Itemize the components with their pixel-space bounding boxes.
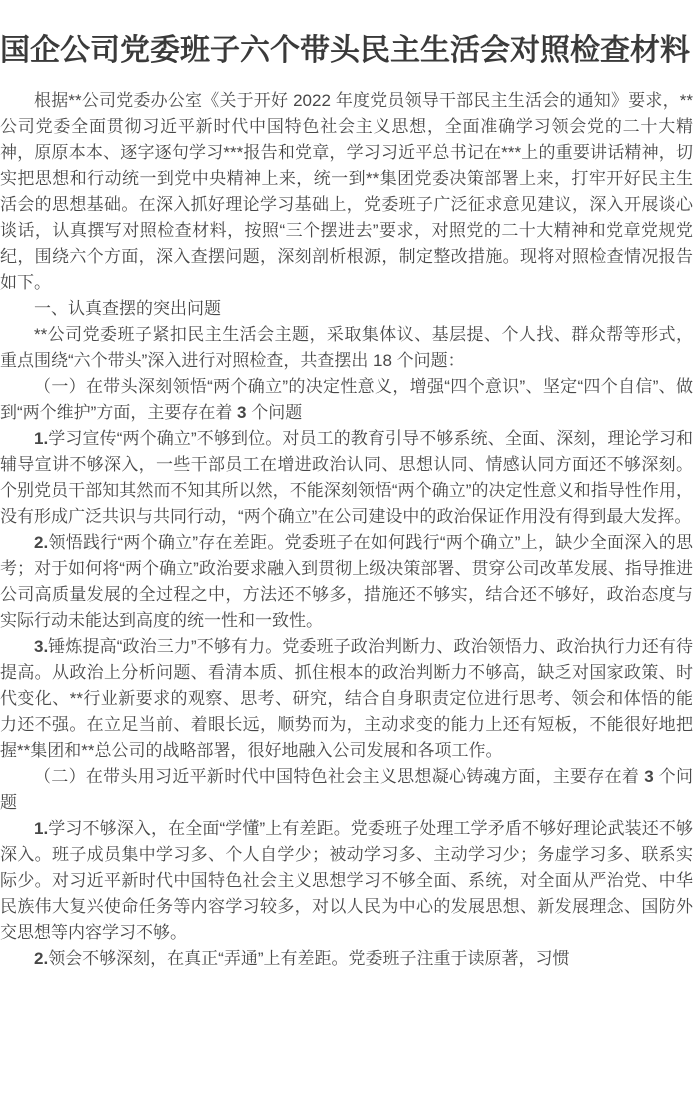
subheading-aspect-1: （一）在带头深刻领悟“两个确立”的决定性意义，增强“四个意识”、坚定“四个自信”… bbox=[0, 374, 693, 426]
overview-paragraph: **公司党委班子紧扣民主生活会主题，采取集体议、基层提、个人找、群众帮等形式，重… bbox=[0, 322, 693, 374]
issue-1-3: 3.锤炼提高“政治三力”不够有力。党委班子政治判断力、政治领悟力、政治执行力还有… bbox=[0, 634, 693, 764]
emphasis-text: 3 bbox=[237, 403, 246, 422]
emphasis-text: 3. bbox=[34, 637, 48, 656]
emphasis-text: 2. bbox=[34, 533, 48, 552]
issue-1-1: 1.学习宣传“两个确立”不够到位。对员工的教育引导不够系统、全面、深刻，理论学习… bbox=[0, 426, 693, 530]
emphasis-text: 2. bbox=[34, 949, 48, 968]
emphasis-text: 1. bbox=[34, 819, 48, 838]
document-title: 国企公司党委班子六个带头民主生活会对照检查材料 bbox=[0, 30, 693, 72]
intro-paragraph: 根据**公司党委办公室《关于开好 2022 年度党员领导干部民主生活会的通知》要… bbox=[0, 88, 693, 296]
subheading-aspect-2: （二）在带头用习近平新时代中国特色社会主义思想凝心铸魂方面，主要存在着 3 个问… bbox=[0, 764, 693, 816]
emphasis-text: 1. bbox=[34, 429, 48, 448]
issue-1-2: 2.领悟践行“两个确立”存在差距。党委班子在如何践行“两个确立”上，缺少全面深入… bbox=[0, 530, 693, 634]
body-text: 领会不够深刻，在真正“弄通”上有差距。党委班子注重于读原著，习惯 bbox=[48, 949, 569, 968]
body-text: （二）在带头用习近平新时代中国特色社会主义思想凝心铸魂方面，主要存在着 bbox=[34, 767, 644, 786]
body-text: 一、认真查摆的突出问题 bbox=[34, 299, 221, 318]
issue-2-1: 1.学习不够深入，在全面“学懂”上有差距。党委班子处理工学矛盾不够好理论武装还不… bbox=[0, 816, 693, 946]
issue-2-2: 2.领会不够深刻，在真正“弄通”上有差距。党委班子注重于读原著，习惯 bbox=[0, 946, 693, 972]
body-text: 根据**公司党委办公室《关于开好 2022 年度党员领导干部民主生活会的通知》要… bbox=[0, 91, 693, 292]
body-text: （一）在带头深刻领悟“两个确立”的决定性意义，增强“四个意识”、坚定“四个自信”… bbox=[0, 377, 693, 422]
document-page: 国企公司党委班子六个带头民主生活会对照检查材料 根据**公司党委办公室《关于开好… bbox=[0, 0, 693, 1097]
body-text: **公司党委班子紧扣民主生活会主题，采取集体议、基层提、个人找、群众帮等形式，重… bbox=[0, 325, 693, 370]
body-text: 学习不够深入，在全面“学懂”上有差距。党委班子处理工学矛盾不够好理论武装还不够深… bbox=[0, 819, 693, 942]
document-body: 根据**公司党委办公室《关于开好 2022 年度党员领导干部民主生活会的通知》要… bbox=[0, 88, 693, 972]
body-text: 个问题 bbox=[247, 403, 303, 422]
body-text: 学习宣传“两个确立”不够到位。对员工的教育引导不够系统、全面、深刻，理论学习和辅… bbox=[0, 429, 693, 526]
emphasis-text: 3 bbox=[644, 767, 653, 786]
body-text: 锤炼提高“政治三力”不够有力。党委班子政治判断力、政治领悟力、政治执行力还有待提… bbox=[0, 637, 693, 760]
heading-part-1: 一、认真查摆的突出问题 bbox=[0, 296, 693, 322]
body-text: 领悟践行“两个确立”存在差距。党委班子在如何践行“两个确立”上，缺少全面深入的思… bbox=[0, 533, 693, 630]
